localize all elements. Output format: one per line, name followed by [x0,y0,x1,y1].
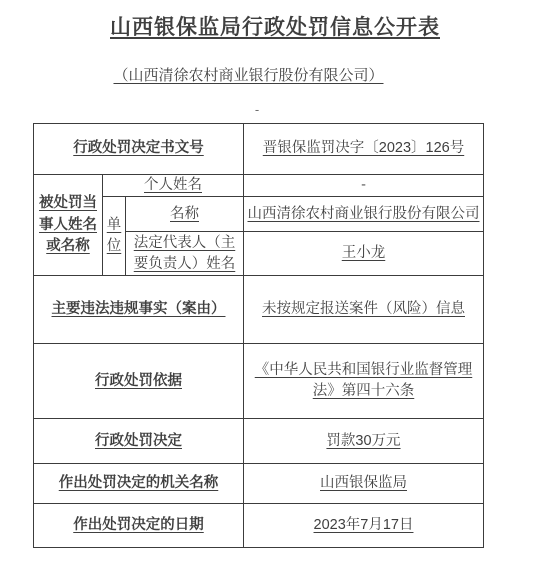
row-individual-name: 被处罚当 事人姓名 或名称 个人姓名 - [34,175,484,197]
penalty-decision-value-cell: 罚款30万元 [244,419,484,464]
authority-value-cell: 山西银保监局 [244,464,484,504]
doc-number-label-cell: 行政处罚决定书文号 [34,124,244,175]
individual-name-label-cell: 个人姓名 [103,175,244,197]
row-penalty-basis: 行政处罚依据 《中华人民共和国银行业监督管理 法》第四十六条 [34,344,484,419]
unit-name-label-cell: 名称 [126,197,244,232]
page-title: 山西银保监局行政处罚信息公开表 [0,11,550,41]
row-violation-facts: 主要违法违规事实（案由） 未按规定报送案件（风险）信息 [34,276,484,344]
violation-facts-value-cell: 未按规定报送案件（风险）信息 [244,276,484,344]
row-decision-date: 作出处罚决定的日期 2023年7月17日 [34,504,484,548]
punished-party-group-label-cell: 被处罚当 事人姓名 或名称 [34,175,103,276]
row-penalty-decision: 行政处罚决定 罚款30万元 [34,419,484,464]
decision-date-value-cell: 2023年7月17日 [244,504,484,548]
row-doc-number: 行政处罚决定书文号 晋银保监罚决字〔2023〕126号 [34,124,484,175]
penalty-basis-value-cell: 《中华人民共和国银行业监督管理 法》第四十六条 [244,344,484,419]
doc-number-value-cell: 晋银保监罚决字〔2023〕126号 [244,124,484,175]
separator-dash: - [0,102,514,117]
decision-date-label-cell: 作出处罚决定的日期 [34,504,244,548]
legal-rep-label-cell: 法定代表人（主 要负责人）姓名 [126,232,244,276]
bank-name-subtitle: （山西清徐农村商业银行股份有限公司） [0,64,497,85]
penalty-basis-label-cell: 行政处罚依据 [34,344,244,419]
unit-name-value-cell: 山西清徐农村商业银行股份有限公司 [244,197,484,232]
unit-label-cell: 单 位 [103,197,126,276]
penalty-info-table: 行政处罚决定书文号 晋银保监罚决字〔2023〕126号 被处罚当 事人姓名 或名… [33,123,484,548]
row-authority: 作出处罚决定的机关名称 山西银保监局 [34,464,484,504]
violation-facts-label-cell: 主要违法违规事实（案由） [34,276,244,344]
authority-label-cell: 作出处罚决定的机关名称 [34,464,244,504]
penalty-disclosure-page: 山西银保监局行政处罚信息公开表 （山西清徐农村商业银行股份有限公司） - 行政处… [0,0,550,567]
individual-name-value-cell: - [244,175,484,197]
penalty-decision-label-cell: 行政处罚决定 [34,419,244,464]
legal-rep-value-cell: 王小龙 [244,232,484,276]
